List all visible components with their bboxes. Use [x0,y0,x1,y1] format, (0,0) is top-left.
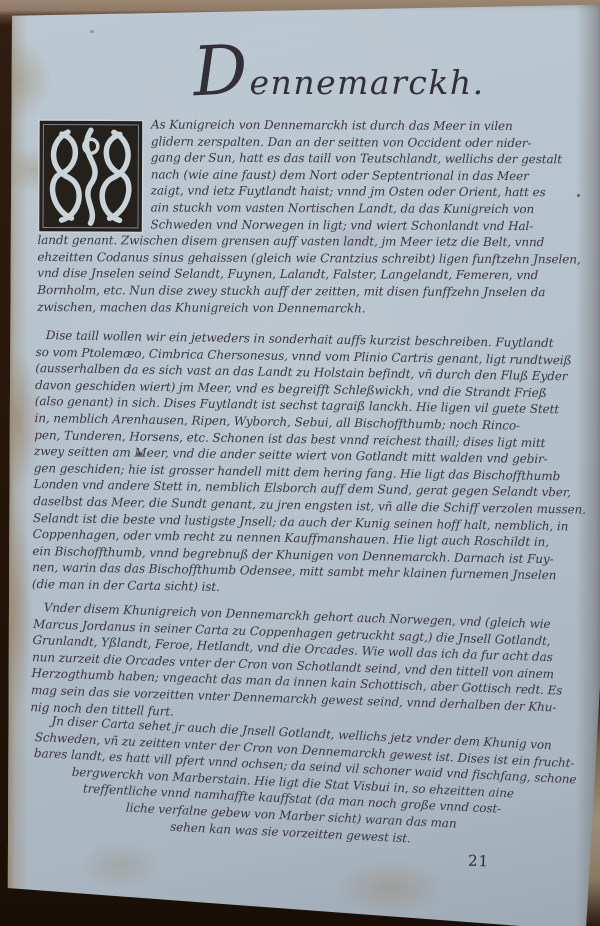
text-line: Schweden vnd Norwegen in ligt; vnd wiert… [150,216,567,234]
ink-blot [577,194,580,197]
paragraph-1-beside-initial: As Kunigreich von Dennemarckh ist durch … [150,116,568,234]
paragraph-4: Jn diser Carta sehet jr auch die Jnsell … [30,712,555,853]
text-line: glidern zerspalten. Dan an der seitten v… [151,133,568,151]
text-line: gang der Sun, hatt es das taill von Teut… [151,150,568,168]
text-line: landt genant. Zwischen disem grensen auf… [37,232,567,251]
title-text: ennemarckh. [250,63,485,102]
page-number: 21 [468,852,490,871]
woodcut-initial-icon [37,119,143,233]
text-line: zaigt, vnd ietz Fuytlandt haist; vnnd jm… [151,183,568,201]
text-line: zwischen, machen das Khunigreich von Den… [37,299,567,318]
text-line: As Kunigreich von Dennemarckh ist durch … [151,116,568,134]
text-line: Bornholm, etc. Nun dise zwey stuckh auff… [37,282,567,301]
page-title: D ennemarckh. [193,38,485,106]
paragraph-1-full-width: landt genant. Zwischen disem grensen auf… [37,232,567,317]
paragraph-2: Dise taill wollen wir ein jetweders in s… [32,327,576,601]
book-photo: D ennemarckh. As Kunigreich von Dennemar… [0,0,600,926]
title-initial-letter: D [191,37,249,108]
paragraph-1: As Kunigreich von Dennemarckh ist durch … [37,116,568,317]
paragraph-3: Vnder disem Khunigreich von Dennemarckh … [30,599,574,733]
text-line: nach (wie aine faust) dem Nort oder Sept… [151,166,568,184]
page-content: D ennemarckh. As Kunigreich von Dennemar… [0,0,600,926]
paper-stain [90,30,94,33]
ink-blot [136,452,143,457]
text-line: ain stuckh vom vasten Nortischen Landt, … [151,199,568,217]
